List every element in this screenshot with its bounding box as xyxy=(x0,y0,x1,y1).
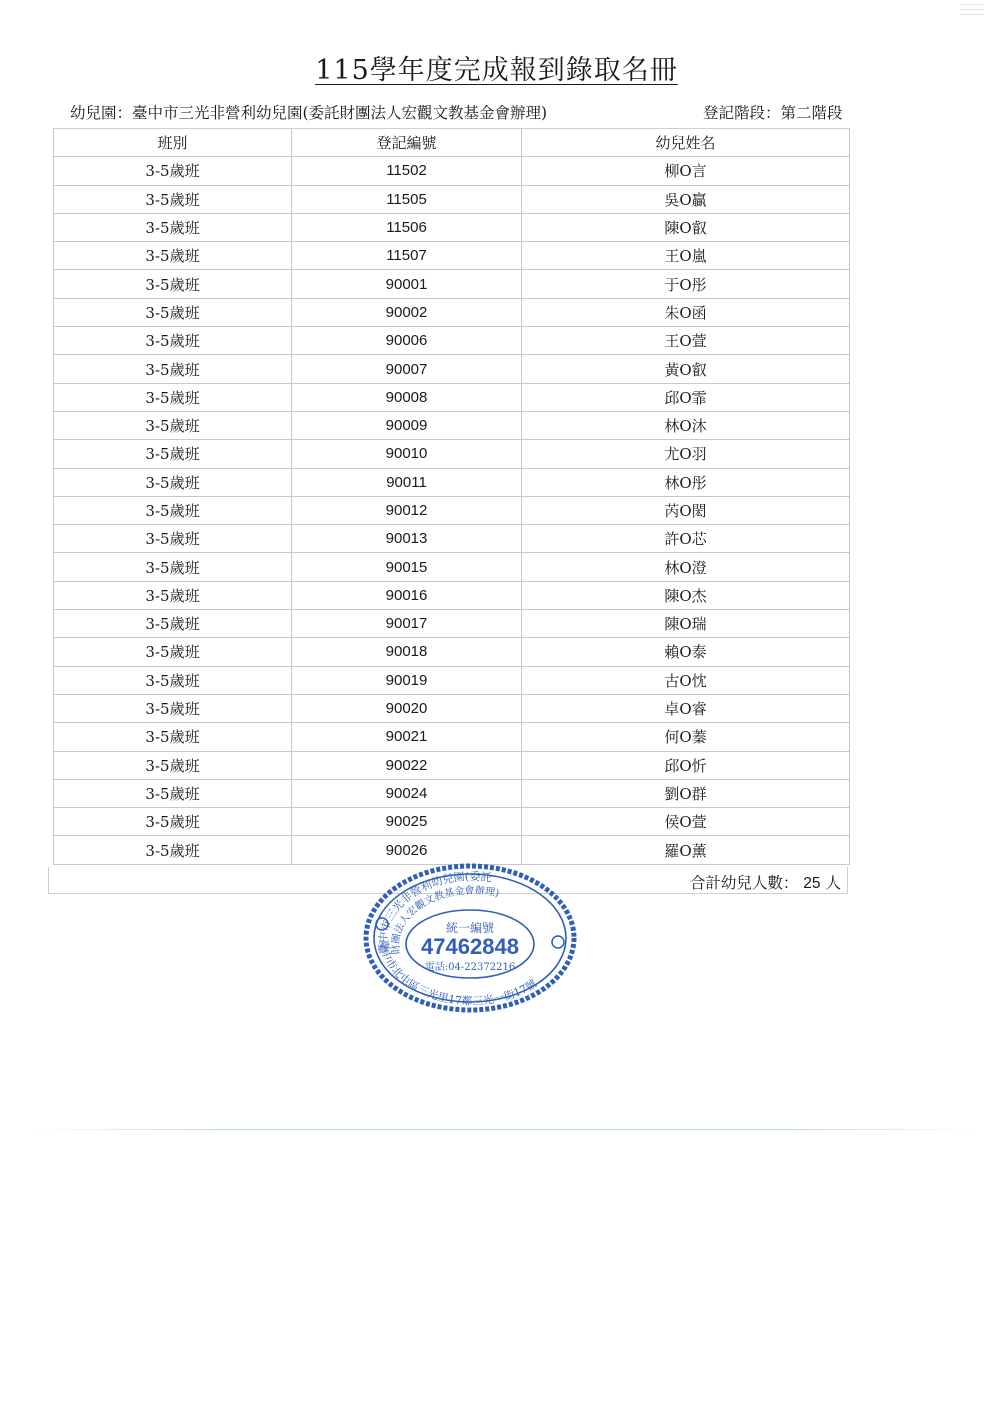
table-row: 3-5歲班90020卓O睿 xyxy=(54,694,850,722)
child-name-cell: 尤O羽 xyxy=(522,440,850,468)
registration-id-cell: 90010 xyxy=(292,440,522,468)
registration-stage-label: 登記階段：第二階段 xyxy=(703,101,843,123)
child-name-cell: 黃O叡 xyxy=(522,355,850,383)
class-cell: 3-5歲班 xyxy=(54,836,292,864)
class-cell: 3-5歲班 xyxy=(54,581,292,609)
registration-id-cell: 90006 xyxy=(292,327,522,355)
child-name-cell: 陳O瑞 xyxy=(522,610,850,638)
class-cell: 3-5歲班 xyxy=(54,525,292,553)
table-row: 3-5歲班11506陳O叡 xyxy=(54,213,850,241)
document-title-text: 115學年度完成報到錄取名冊 xyxy=(315,55,678,86)
table-row: 3-5歲班90017陳O瑞 xyxy=(54,610,850,638)
registration-id-cell: 90001 xyxy=(292,270,522,298)
child-name-cell: 柳O言 xyxy=(522,157,850,185)
total-count: 合計幼兒人數： 25 人 xyxy=(690,871,841,893)
child-name-cell: 劉O群 xyxy=(522,779,850,807)
child-name-cell: 何O蓁 xyxy=(522,723,850,751)
registration-id-cell: 90017 xyxy=(292,610,522,638)
class-cell: 3-5歲班 xyxy=(54,383,292,411)
child-name-cell: 吳O贏 xyxy=(522,185,850,213)
child-name-cell: 侯O萱 xyxy=(522,808,850,836)
table-row: 3-5歲班90015林O澄 xyxy=(54,553,850,581)
class-cell: 3-5歲班 xyxy=(54,213,292,241)
table-row: 3-5歲班11505吳O贏 xyxy=(54,185,850,213)
registration-id-cell: 90020 xyxy=(292,694,522,722)
registration-id-cell: 90021 xyxy=(292,723,522,751)
enrollment-table: 班別 登記編號 幼兒姓名 3-5歲班11502柳O言3-5歲班11505吳O贏3… xyxy=(53,128,850,865)
table-row: 3-5歲班90013許O芯 xyxy=(54,525,850,553)
child-name-cell: 林O澄 xyxy=(522,553,850,581)
table-row: 3-5歲班90006王O萱 xyxy=(54,327,850,355)
registration-id-cell: 11505 xyxy=(292,185,522,213)
registration-id-cell: 90018 xyxy=(292,638,522,666)
class-cell: 3-5歲班 xyxy=(54,270,292,298)
table-row: 3-5歲班90010尤O羽 xyxy=(54,440,850,468)
registration-id-cell: 90008 xyxy=(292,383,522,411)
class-cell: 3-5歲班 xyxy=(54,298,292,326)
header-child-name: 幼兒姓名 xyxy=(522,129,850,157)
seal-tax-id: 47462848 xyxy=(421,934,519,959)
registration-id-cell: 90019 xyxy=(292,666,522,694)
class-cell: 3-5歲班 xyxy=(54,355,292,383)
registration-id-cell: 90026 xyxy=(292,836,522,864)
registration-id-cell: 11502 xyxy=(292,157,522,185)
table-row: 3-5歲班11507王O嵐 xyxy=(54,242,850,270)
child-name-cell: 古O忱 xyxy=(522,666,850,694)
child-name-cell: 羅O薰 xyxy=(522,836,850,864)
child-name-cell: 芮O閎 xyxy=(522,496,850,524)
child-name-cell: 王O萱 xyxy=(522,327,850,355)
registration-id-cell: 90024 xyxy=(292,779,522,807)
registration-id-cell: 90015 xyxy=(292,553,522,581)
registration-id-cell: 90025 xyxy=(292,808,522,836)
table-row: 3-5歲班90012芮O閎 xyxy=(54,496,850,524)
child-name-cell: 邱O忻 xyxy=(522,751,850,779)
class-cell: 3-5歲班 xyxy=(54,185,292,213)
table-header-row: 班別 登記編號 幼兒姓名 xyxy=(54,129,850,157)
registration-id-cell: 90016 xyxy=(292,581,522,609)
document-title: 115學年度完成報到錄取名冊 xyxy=(0,48,993,87)
class-cell: 3-5歲班 xyxy=(54,553,292,581)
table-row: 3-5歲班90025侯O萱 xyxy=(54,808,850,836)
class-cell: 3-5歲班 xyxy=(54,496,292,524)
class-cell: 3-5歲班 xyxy=(54,694,292,722)
table-row: 3-5歲班90009林O沐 xyxy=(54,411,850,439)
registration-id-cell: 11507 xyxy=(292,242,522,270)
scan-artifact-line xyxy=(30,1129,980,1130)
header-registration-id: 登記編號 xyxy=(292,129,522,157)
child-name-cell: 陳O杰 xyxy=(522,581,850,609)
seal-tax-label: 統一編號 xyxy=(446,920,494,935)
table-row: 3-5歲班90002朱O函 xyxy=(54,298,850,326)
table-row: 3-5歲班90016陳O杰 xyxy=(54,581,850,609)
registration-id-cell: 90007 xyxy=(292,355,522,383)
child-name-cell: 朱O函 xyxy=(522,298,850,326)
registration-id-cell: 90002 xyxy=(292,298,522,326)
child-name-cell: 王O嵐 xyxy=(522,242,850,270)
registration-id-cell: 90009 xyxy=(292,411,522,439)
table-row: 3-5歲班90001于O彤 xyxy=(54,270,850,298)
total-number: 25 xyxy=(803,875,820,892)
header-class: 班別 xyxy=(54,129,292,157)
table-row: 3-5歲班11502柳O言 xyxy=(54,157,850,185)
registration-id-cell: 90012 xyxy=(292,496,522,524)
child-name-cell: 陳O叡 xyxy=(522,213,850,241)
class-cell: 3-5歲班 xyxy=(54,610,292,638)
table-body: 3-5歲班11502柳O言3-5歲班11505吳O贏3-5歲班11506陳O叡3… xyxy=(54,157,850,864)
class-cell: 3-5歲班 xyxy=(54,779,292,807)
table-row: 3-5歲班90021何O蓁 xyxy=(54,723,850,751)
class-cell: 3-5歲班 xyxy=(54,808,292,836)
child-name-cell: 卓O睿 xyxy=(522,694,850,722)
child-name-cell: 林O沐 xyxy=(522,411,850,439)
table-row: 3-5歲班90018賴O泰 xyxy=(54,638,850,666)
child-name-cell: 賴O泰 xyxy=(522,638,850,666)
table-row: 3-5歲班90022邱O忻 xyxy=(54,751,850,779)
class-cell: 3-5歲班 xyxy=(54,440,292,468)
class-cell: 3-5歲班 xyxy=(54,468,292,496)
registration-id-cell: 90013 xyxy=(292,525,522,553)
official-seal-stamp: 臺中市三光非營利幼兒園(委託 財團法人宏觀文教基金會辦理) 臺中市北屯區三光里1… xyxy=(360,862,580,1014)
child-name-cell: 許O芯 xyxy=(522,525,850,553)
total-unit: 人 xyxy=(825,874,841,892)
total-label: 合計幼兒人數： xyxy=(690,874,799,892)
seal-phone: 電話:04-22372216 xyxy=(425,961,515,973)
scan-artifact-mark xyxy=(960,4,984,20)
class-cell: 3-5歲班 xyxy=(54,666,292,694)
table-row: 3-5歲班90019古O忱 xyxy=(54,666,850,694)
child-name-cell: 于O彤 xyxy=(522,270,850,298)
registration-id-cell: 90022 xyxy=(292,751,522,779)
class-cell: 3-5歲班 xyxy=(54,242,292,270)
class-cell: 3-5歲班 xyxy=(54,751,292,779)
child-name-cell: 林O彤 xyxy=(522,468,850,496)
class-cell: 3-5歲班 xyxy=(54,157,292,185)
class-cell: 3-5歲班 xyxy=(54,723,292,751)
table-row: 3-5歲班90024劉O群 xyxy=(54,779,850,807)
kindergarten-label: 幼兒園：臺中市三光非營利幼兒園(委託財團法人宏觀文教基金會辦理) xyxy=(70,101,547,123)
table-row: 3-5歲班90011林O彤 xyxy=(54,468,850,496)
table-row: 3-5歲班90026羅O薰 xyxy=(54,836,850,864)
class-cell: 3-5歲班 xyxy=(54,638,292,666)
registration-id-cell: 90011 xyxy=(292,468,522,496)
table-row: 3-5歲班90008邱O霏 xyxy=(54,383,850,411)
registration-id-cell: 11506 xyxy=(292,213,522,241)
child-name-cell: 邱O霏 xyxy=(522,383,850,411)
table-row: 3-5歲班90007黃O叡 xyxy=(54,355,850,383)
class-cell: 3-5歲班 xyxy=(54,411,292,439)
class-cell: 3-5歲班 xyxy=(54,327,292,355)
